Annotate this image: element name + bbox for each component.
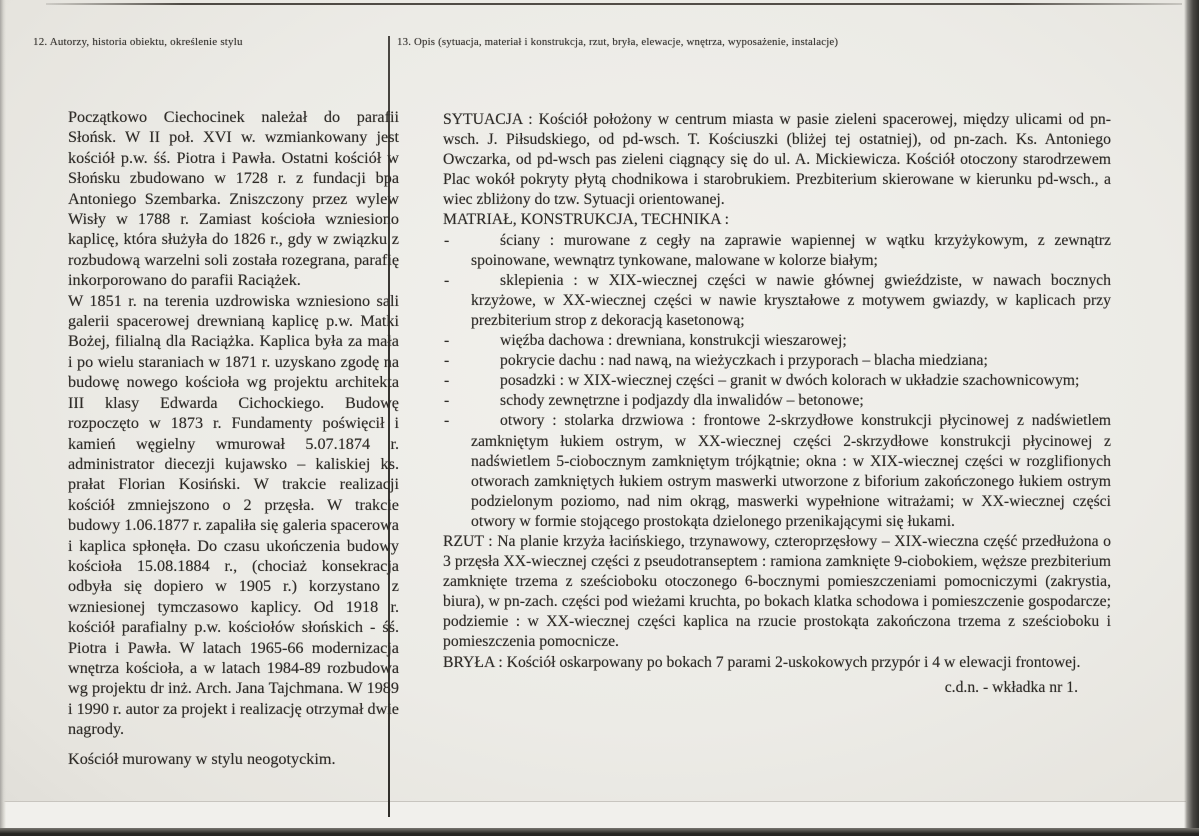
bullet-dash: -: [444, 371, 449, 391]
material-heading: MATRIAŁ, KONSTRUKCJA, TECHNIKA :: [443, 210, 1111, 230]
bullet-dash: -: [444, 411, 449, 431]
rzut-paragraph: RZUT : Na planie krzyża łacińskiego, trz…: [443, 532, 1111, 653]
spec-item-text: posadzki : w XIX-wiecznej części – grani…: [500, 372, 1079, 389]
spec-item-openings: - otwory : stolarka drzwiowa : frontowe …: [443, 411, 1111, 532]
spec-item-floors: - posadzki : w XIX-wiecznej części – gra…: [443, 371, 1111, 391]
bullet-dash: -: [444, 351, 449, 371]
spec-item-text: sklepienia : w XIX-wiecznej części w naw…: [471, 272, 1111, 329]
situation-paragraph: SYTUACJA : Kościół położony w centrum mi…: [443, 110, 1111, 210]
bullet-dash: -: [444, 231, 449, 251]
spec-item-text: otwory : stolarka drzwiowa : frontowe 2-…: [471, 412, 1111, 529]
spec-item-text: więźba dachowa : drewniana, konstrukcji …: [500, 332, 847, 349]
spec-item-vaults: - sklepienia : w XIX-wiecznej części w n…: [443, 271, 1111, 331]
right-page-header: 13. Opis (sytuacja, materiał i konstrukc…: [397, 36, 838, 48]
construction-spec-list: - ściany : murowane z cegły na zaprawie …: [443, 231, 1111, 532]
continuation-note: c.d.n. - wkładka nr 1.: [443, 678, 1111, 698]
scan-edge-left: [0, 0, 6, 836]
bullet-dash: -: [444, 271, 449, 291]
left-page-header: 12. Autorzy, historia obiektu, określeni…: [33, 36, 243, 48]
history-paragraph-1: Początkowo Ciechocinek należał do parafi…: [68, 107, 399, 291]
spec-item-stairs: - schody zewnętrzne i podjazdy dla inwal…: [443, 391, 1111, 411]
scan-crease: [0, 801, 1186, 829]
bryla-paragraph: BRYŁA : Kościół oskarpowany po bokach 7 …: [443, 653, 1111, 673]
history-paragraph-2: W 1851 r. na terenia uzdrowiska wzniesio…: [68, 291, 399, 740]
scanned-document-spread: 12. Autorzy, historia obiektu, określeni…: [0, 0, 1199, 836]
right-page-body: SYTUACJA : Kościół położony w centrum mi…: [443, 110, 1111, 698]
spec-item-walls: - ściany : murowane z cegły na zaprawie …: [443, 231, 1111, 271]
spec-item-text: ściany : murowane z cegły na zaprawie wa…: [471, 232, 1111, 269]
spec-item-text: pokrycie dachu : nad nawą, na wieżyczkac…: [500, 352, 988, 369]
left-page-body: Początkowo Ciechocinek należał do parafi…: [68, 107, 399, 769]
scan-edge-right: [1184, 0, 1199, 836]
spec-item-roofing: - pokrycie dachu : nad nawą, na wieżyczk…: [443, 351, 1111, 371]
scan-edge-bottom: [0, 828, 1199, 836]
spec-item-roof-truss: - więźba dachowa : drewniana, konstrukcj…: [443, 331, 1111, 351]
spec-item-text: schody zewnętrzne i podjazdy dla inwalid…: [500, 392, 864, 409]
style-note-paragraph: Kościół murowany w stylu neogotyckim.: [68, 749, 399, 769]
scan-top-edge-line: [46, 3, 1182, 5]
bullet-dash: -: [444, 391, 449, 411]
bullet-dash: -: [444, 331, 449, 351]
